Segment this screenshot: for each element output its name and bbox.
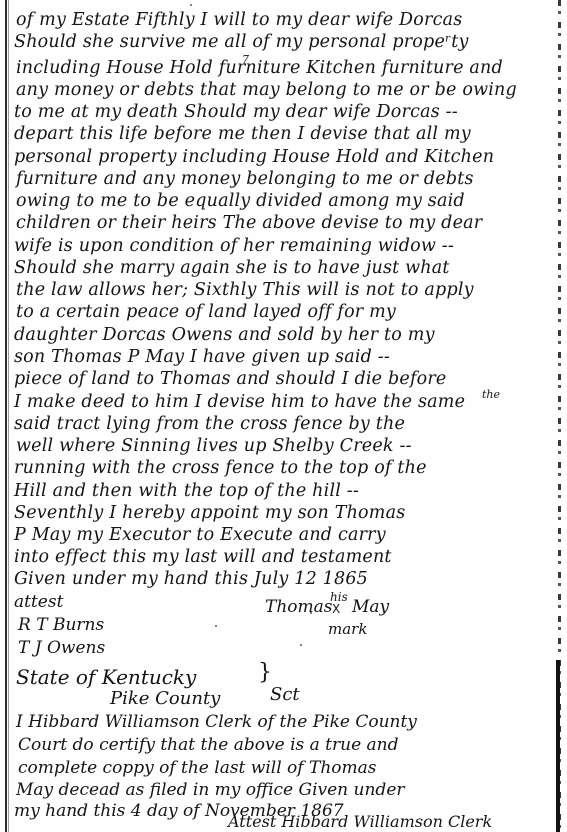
- will-line-13: the law allows her; Sixthly This will is…: [16, 282, 474, 300]
- testator-first-name: Thomas: [265, 597, 333, 617]
- will-line-18: I make deed to him I devise him to have …: [14, 394, 465, 412]
- certificate-line-1: I Hibbard Williamson Clerk of the Pike C…: [16, 712, 417, 732]
- certificate-brace: }: [258, 660, 272, 685]
- certificate-line-2: Court do certify that the above is a tru…: [18, 735, 399, 755]
- scan-speck: [215, 625, 217, 627]
- superscript-insertion: the: [482, 388, 500, 401]
- will-line-4: any money or debts that may belong to me…: [16, 82, 517, 100]
- scan-speck: [190, 4, 192, 6]
- will-line-19: said tract lying from the cross fence by…: [14, 416, 405, 434]
- will-line-6: depart this life before me then I devise…: [14, 126, 471, 144]
- will-line-9: owing to me to be equally divided among …: [16, 193, 465, 211]
- will-line-1: of my Estate Fifthly I will to my dear w…: [16, 12, 462, 30]
- testator-last-name: May: [352, 597, 389, 617]
- certificate-sct: Sct: [270, 684, 300, 705]
- left-margin-rule-faint: [8, 0, 9, 832]
- left-margin-rule: [5, 0, 7, 832]
- will-line-25: into effect this my last will and testam…: [14, 549, 392, 567]
- will-line-2: Should she survive me all of my personal…: [14, 34, 469, 52]
- will-line-12: Should she marry again she is to have ju…: [14, 260, 450, 278]
- will-line-10: children or their heirs The above devise…: [16, 215, 482, 233]
- certificate-state: State of Kentucky: [16, 665, 196, 689]
- clerk-signature: Attest Hibbard Williamson Clerk: [228, 812, 492, 831]
- scan-speck: [310, 612, 312, 614]
- will-line-26: Given under my hand this July 12 1865: [14, 571, 368, 589]
- testator-x-mark: X: [332, 602, 340, 616]
- scan-speck: [300, 644, 302, 646]
- attest-label: attest: [14, 592, 63, 612]
- witness-1: R T Burns: [18, 615, 104, 635]
- will-line-24: P May my Executor to Execute and carry: [14, 527, 386, 545]
- will-line-16: son Thomas P May I have given up said --: [14, 349, 390, 367]
- will-line-23: Seventhly I hereby appoint my son Thomas: [14, 505, 405, 523]
- will-line-5: to me at my death Should my dear wife Do…: [14, 104, 458, 122]
- certificate-line-4: May decead as filed in my office Given u…: [16, 780, 405, 800]
- testator-mark-label: mark: [328, 620, 367, 638]
- will-line-20: well where Sinning lives up Shelby Creek…: [16, 438, 412, 456]
- right-page-edge-dark: [556, 660, 560, 832]
- witness-2: T J Owens: [18, 638, 105, 658]
- will-line-21: running with the cross fence to the top …: [14, 460, 427, 478]
- will-line-17: piece of land to Thomas and should I die…: [14, 371, 446, 389]
- will-line-8: furniture and any money belonging to me …: [16, 171, 474, 189]
- will-line-3: including House Hold furniture Kitchen f…: [16, 60, 503, 78]
- will-line-14: to a certain peace of land layed off for…: [16, 304, 396, 322]
- will-line-11: wife is upon condition of her remaining …: [14, 238, 454, 256]
- will-line-22: Hill and then with the top of the hill -…: [14, 483, 359, 501]
- certificate-county: Pike County: [110, 688, 220, 709]
- certificate-line-3: complete coppy of the last will of Thoma…: [18, 758, 377, 778]
- scanned-document-page: of my Estate Fifthly I will to my dear w…: [0, 0, 567, 832]
- will-line-7: personal property including House Hold a…: [14, 149, 494, 167]
- will-line-15: daughter Dorcas Owens and sold by her to…: [14, 327, 435, 345]
